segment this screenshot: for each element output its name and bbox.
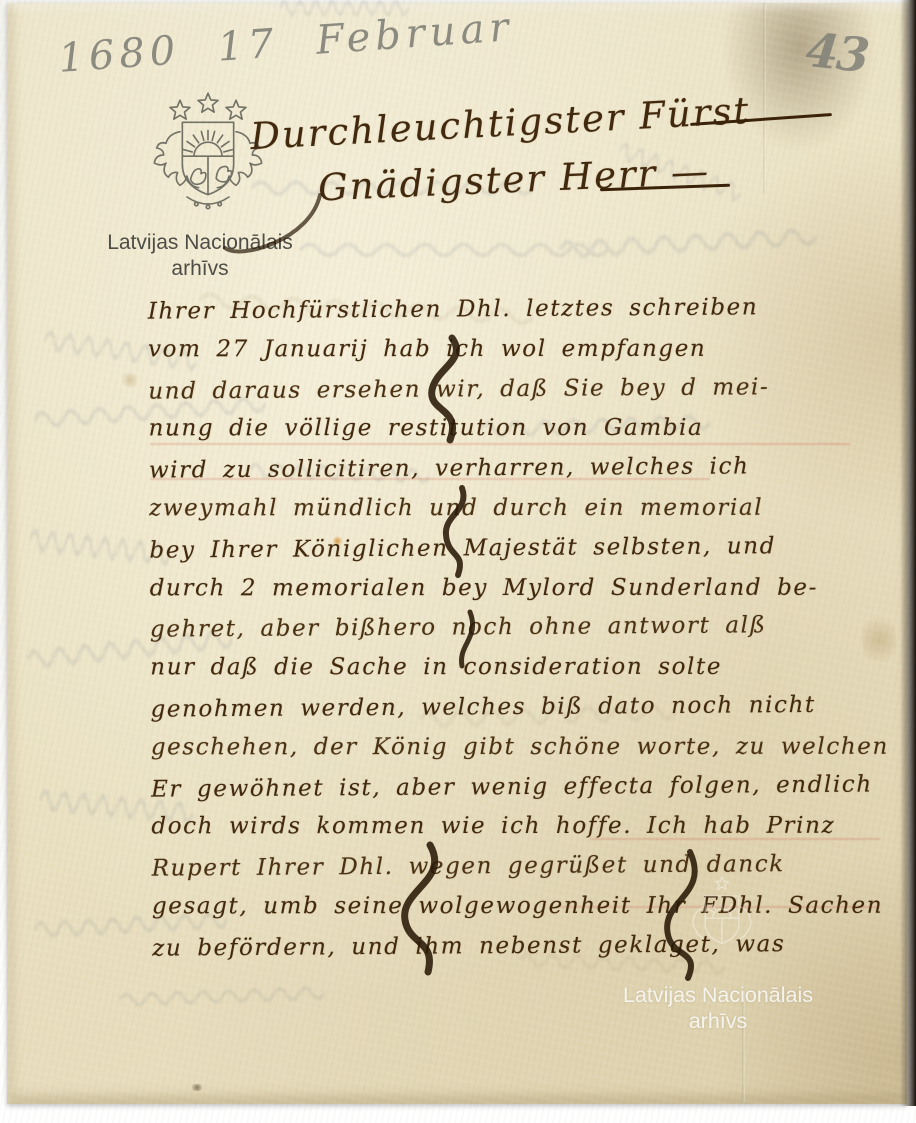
manuscript-line: gesagt, umb seine wolgewogenheit Ihr FDh… bbox=[152, 887, 890, 927]
manuscript-line: Ihrer Hochfürstlichen Dhl. letztes schre… bbox=[148, 287, 886, 332]
watermark-name: Latvijas Nacionālais bbox=[596, 983, 840, 1008]
manuscript-line: durch 2 memorialen bey Mylord Sunderland… bbox=[150, 568, 888, 608]
manuscript-line: genohmen werden, welches biß dato noch n… bbox=[150, 685, 888, 730]
manuscript-line: zu befördern, und ihm nebenst geklaget, … bbox=[152, 924, 890, 969]
scan-edge-shadow bbox=[900, 0, 916, 1106]
scanned-manuscript: 1680 17 Februar 43 Latvijas Nacionālais … bbox=[0, 0, 916, 1123]
manuscript-body: Ihrer Hochfürstlichen Dhl. letztes schre… bbox=[148, 287, 891, 969]
manuscript-line: nur daß die Sache in consideration solte bbox=[150, 648, 888, 688]
manuscript-line: bey Ihrer Königlichen Majestät selbsten,… bbox=[149, 526, 887, 571]
watermark-coat-of-arms-icon bbox=[676, 876, 768, 968]
manuscript-line: Er gewöhnet ist, aber wenig effecta folg… bbox=[151, 765, 889, 810]
manuscript-line: zweymahl mündlich und durch ein memorial bbox=[149, 489, 887, 529]
folio-number: 43 bbox=[803, 23, 870, 84]
manuscript-line: nung die völlige restitution von Gambia bbox=[149, 409, 887, 449]
watermark-name-line2: arhīvs bbox=[596, 1009, 840, 1034]
archive-stamp-name-line2: arhīvs bbox=[88, 257, 312, 281]
manuscript-line: wird zu sollicitiren, verharren, welches… bbox=[149, 447, 887, 492]
manuscript-line: geschehen, der König gibt schöne worte, … bbox=[151, 727, 889, 767]
paper-crease bbox=[763, 3, 766, 193]
manuscript-line: und daraus ersehen wir, daß Sie bey d me… bbox=[148, 367, 886, 412]
archive-stamp-name: Latvijas Nacionālais bbox=[88, 231, 312, 255]
manuscript-line: vom 27 Januarij hab ich wol empfangen bbox=[148, 329, 886, 369]
manuscript-line: doch wirds kommen wie ich hoffe. Ich hab… bbox=[151, 807, 889, 847]
coat-of-arms-icon bbox=[138, 92, 278, 232]
manuscript-line: gehret, aber bißhero noch ohne antwort a… bbox=[150, 606, 888, 651]
manuscript-line: Rupert Ihrer Dhl. wegen gegrüßet und dan… bbox=[152, 845, 890, 890]
